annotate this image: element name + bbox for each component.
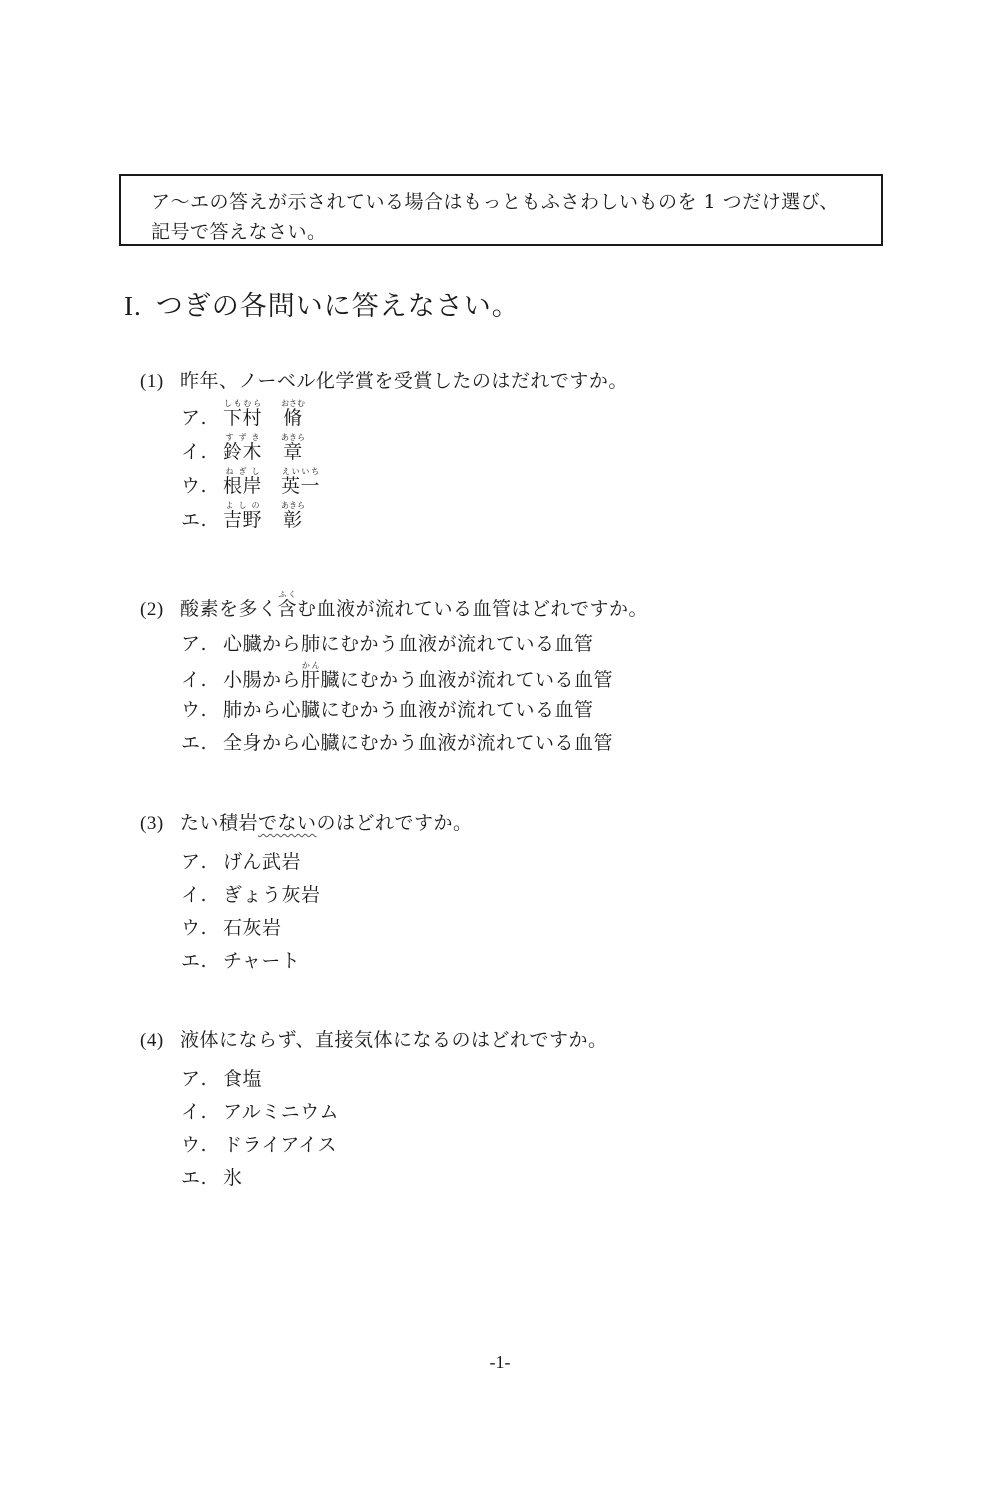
option-c: ウ.石灰岩 (181, 912, 321, 945)
option-text: ぎょう灰岩 (223, 884, 321, 906)
instructions-box: ア〜エの答えが示されている場合はもっともふさわしいものを 1 つだけ選び、 記号… (119, 174, 883, 246)
option-c: ウ.肺から心臓にむかう血液が流れている血管 (181, 694, 613, 727)
option-b: イ.アルミニウム (181, 1096, 339, 1129)
option-c: ウ.ドライアイス (181, 1129, 339, 1162)
question-2: (2)酸素を多く含ふくむ血液が流れている血管はどれですか。 (140, 590, 648, 621)
question-1-options: ア.下村しもむら脩おさむ イ.鈴木すずき章あきら ウ.根岸ねぎし英一えいいち エ… (181, 396, 320, 532)
option-d: エ.吉野よしの彰あきら (181, 498, 320, 532)
option-b: イ.鈴木すずき章あきら (181, 430, 320, 464)
option-mark: エ. (181, 498, 223, 542)
question-4-options: ア.食塩 イ.アルミニウム ウ.ドライアイス エ.氷 (181, 1063, 339, 1195)
option-b: イ.ぎょう灰岩 (181, 879, 321, 912)
option-d: エ.チャート (181, 945, 321, 978)
ruby-word: 含ふく (278, 598, 298, 620)
question-1: (1)昨年、ノーベル化学賞を受賞したのはだれですか。 (140, 366, 628, 393)
family-name: 鈴木すずき (223, 441, 262, 463)
question-text: 昨年、ノーベル化学賞を受賞したのはだれですか。 (180, 370, 628, 392)
option-a: ア.下村しもむら脩おさむ (181, 396, 320, 430)
option-text: 石灰岩 (223, 917, 282, 939)
option-b: イ.小腸から肝かん臓にむかう血液が流れている血管 (181, 661, 613, 694)
option-text: 全身から心臓にむかう血液が流れている血管 (223, 732, 613, 754)
question-3-options: ア.げん武岩 イ.ぎょう灰岩 ウ.石灰岩 エ.チャート (181, 846, 321, 978)
question-number: (1) (140, 371, 180, 393)
option-a: ア.心臓から肺にむかう血液が流れている血管 (181, 628, 613, 661)
section-heading: I.つぎの各問いに答えなさい。 (124, 284, 520, 323)
instructions-line-2: 記号で答えなさい。 (151, 217, 881, 247)
question-3: (3)たい積岩でないのはどれですか。 (140, 808, 473, 835)
question-number: (4) (140, 1030, 180, 1052)
option-a: ア.食塩 (181, 1063, 339, 1096)
question-number: (3) (140, 813, 180, 835)
option-text: チャート (223, 950, 300, 972)
option-a: ア.げん武岩 (181, 846, 321, 879)
given-name: 章あきら (281, 441, 305, 463)
option-text: アルミニウム (223, 1101, 339, 1123)
question-2-options: ア.心臓から肺にむかう血液が流れている血管 イ.小腸から肝かん臓にむかう血液が流… (181, 628, 613, 760)
instructions-line-1: ア〜エの答えが示されている場合はもっともふさわしいものを 1 つだけ選び、 (151, 187, 881, 217)
option-text: 氷 (223, 1167, 243, 1189)
family-name: 根岸ねぎし (223, 475, 262, 497)
page-number: -1- (0, 1352, 1000, 1373)
section-title: つぎの各問いに答えなさい。 (156, 291, 520, 322)
emphasis-text: でない (258, 812, 317, 834)
given-name: 脩おさむ (281, 407, 305, 429)
option-text: ドライアイス (223, 1134, 337, 1156)
option-c: ウ.根岸ねぎし英一えいいち (181, 464, 320, 498)
given-name: 英一えいいち (281, 475, 320, 497)
given-name: 彰あきら (281, 509, 305, 531)
family-name: 下村しもむら (223, 407, 262, 429)
ruby-word: 肝かん (301, 669, 321, 691)
option-text: 食塩 (223, 1068, 262, 1090)
option-d: エ.氷 (181, 1162, 339, 1195)
option-text: 肺から心臓にむかう血液が流れている血管 (223, 699, 594, 721)
option-text: 心臓から肺にむかう血液が流れている血管 (223, 633, 594, 655)
question-number: (2) (140, 599, 180, 621)
family-name: 吉野よしの (223, 509, 262, 531)
option-text: げん武岩 (223, 851, 301, 873)
question-4: (4)液体にならず、直接気体になるのはどれですか。 (140, 1025, 607, 1052)
section-number: I. (124, 291, 142, 321)
option-d: エ.全身から心臓にむかう血液が流れている血管 (181, 727, 613, 760)
question-text: 液体にならず、直接気体になるのはどれですか。 (180, 1029, 607, 1051)
